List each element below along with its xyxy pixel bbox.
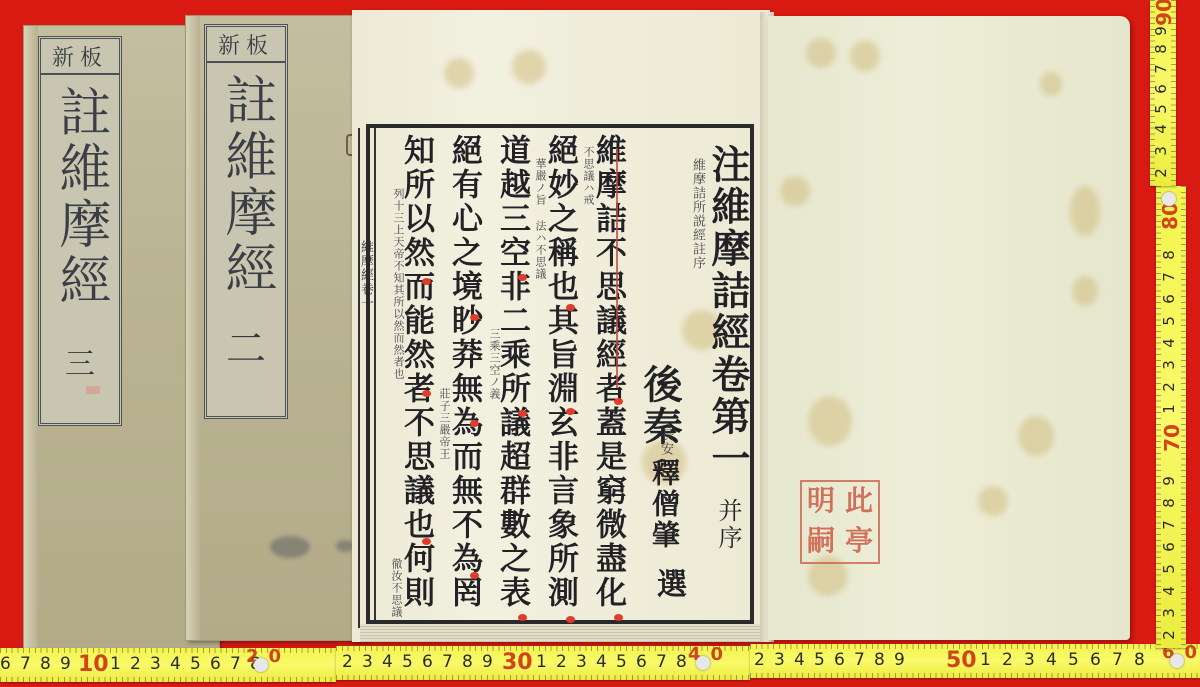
title-suffix: 并序 [714, 498, 742, 552]
open-book-left-page: 維摩經卷一 注維摩詰經卷第一 并序 維摩詰所説經註序 後秦 長安 釋僧肇 選 維… [352, 10, 770, 642]
page-edges [360, 624, 770, 642]
foxing-stain [512, 50, 546, 84]
ruler-number-major: 90 [1152, 0, 1176, 26]
foxing-stain [1040, 72, 1062, 96]
foxing-stain [806, 38, 836, 68]
ruler-number: 7 [1160, 272, 1178, 282]
folding-ruler-bottom-segment-1: 6 7 8 9 10 1 2 3 4 5 6 7 8 20 [0, 648, 336, 682]
ruler-number: 7 [230, 654, 241, 674]
gloss: 列十三上天帝不知其所以然而然者也 [390, 188, 406, 380]
ruler-number: 4 [1160, 586, 1178, 596]
gloss: 徹汝不思議 [388, 558, 404, 618]
volume-number: 二 [207, 317, 285, 374]
ruler-number: 6 [1160, 294, 1178, 304]
ruler-hinge [254, 658, 268, 672]
ruler-number: 1 [1160, 404, 1178, 414]
ruler-number: 2 [1002, 650, 1013, 670]
ruler-number: 6 [1160, 542, 1178, 552]
ruler-number: 2 [1152, 168, 1170, 178]
ruler-number: 8 [874, 650, 885, 670]
ruler-ticks [0, 677, 336, 682]
book-cover-volume-2: 新板 註維摩經 二 [186, 16, 368, 640]
red-punctuation-mark [422, 538, 431, 545]
ruler-number: 6 [210, 654, 221, 674]
label-header: 新板 [207, 27, 285, 63]
ruler-number: 8 [1134, 650, 1145, 670]
label-header: 新板 [41, 39, 119, 75]
open-book-right-page: 明 此 嗣 亭 [768, 16, 1130, 640]
folding-ruler-right-lower: 2 3 4 5 6 7 8 9 70 1 2 3 4 5 6 7 8 80 [1156, 186, 1186, 648]
ruler-number: 2 [1160, 382, 1178, 392]
author-name: 釋僧肇 [646, 458, 682, 551]
ruler-number: 3 [362, 652, 373, 672]
ruler-number: 6 [1090, 650, 1101, 670]
red-punctuation-mark [566, 616, 575, 623]
folding-ruler-right-upper: 2 3 4 5 6 7 8 9 90 [1150, 0, 1176, 186]
folding-ruler-bottom-segment-2: 2 3 4 5 6 7 8 9 30 1 2 3 4 5 6 7 8 40 [336, 646, 750, 680]
ruler-number: 2 [130, 654, 141, 674]
ruler-number: 6 [834, 650, 845, 670]
ruler-number: 7 [1160, 520, 1178, 530]
ruler-number: 2 [342, 652, 353, 672]
ruler-number: 1 [110, 654, 121, 674]
ruler-number: 8 [1152, 44, 1170, 54]
ruler-number: 7 [656, 652, 667, 672]
ruler-number: 8 [1160, 498, 1178, 508]
red-seal-stamp: 明 此 嗣 亭 [800, 480, 880, 564]
ruler-number: 3 [1152, 146, 1170, 156]
book-spine [186, 16, 200, 640]
red-punctuation-mark [518, 410, 527, 417]
ruler-number: 4 [1152, 124, 1170, 134]
ruler-number: 7 [442, 652, 453, 672]
red-punctuation-mark [518, 614, 527, 621]
ruler-number: 6 [0, 654, 11, 674]
foxing-stain [850, 40, 880, 72]
main-column-1: 維摩詰不思議經者蓋是窮微盡化 [592, 134, 624, 610]
ruler-number: 4 [170, 654, 181, 674]
gloss: 華嚴ノ旨 法ハ不思議 [532, 158, 548, 280]
ruler-number: 5 [1068, 650, 1079, 670]
red-punctuation-mark [614, 398, 623, 405]
ruler-hinge [1170, 654, 1184, 668]
title-label: 新板 註維摩經 二 [204, 24, 288, 419]
label-title: 註維摩經 [41, 85, 119, 309]
red-punctuation-mark [470, 420, 479, 427]
ruler-ticks [1171, 0, 1176, 186]
ruler-number: 3 [1024, 650, 1035, 670]
red-punctuation-mark [422, 278, 431, 285]
book-spine [24, 26, 38, 654]
red-punctuation-mark [470, 572, 479, 579]
ruler-number: 1 [980, 650, 991, 670]
foxing-stain [1072, 276, 1098, 306]
ruler-number: 5 [1160, 564, 1178, 574]
main-column-2: 絕妙之稱也其旨淵玄非言象所測 [544, 134, 576, 610]
ruler-number: 5 [1152, 104, 1170, 114]
author-gloss: 長安 [656, 428, 675, 456]
red-punctuation-mark [518, 274, 527, 281]
ruler-number: 4 [1046, 650, 1057, 670]
ruler-number: 7 [1152, 64, 1170, 74]
ruler-ticks [336, 675, 750, 680]
red-annotation-line [616, 148, 618, 388]
red-punctuation-mark [422, 390, 431, 397]
ruler-ticks [1181, 186, 1186, 648]
ink-stain [270, 536, 310, 558]
seal-char: 亭 [840, 522, 878, 562]
author-role: 選 [646, 568, 690, 601]
volume-number: 三 [41, 339, 119, 383]
seal-char: 明 [802, 482, 840, 522]
seal-char: 此 [840, 482, 878, 522]
ruler-number: 5 [616, 652, 627, 672]
ruler-number: 6 [1152, 84, 1170, 94]
title-column: 注維摩詰經卷第一 [706, 144, 750, 480]
ruler-number: 9 [482, 652, 493, 672]
ruler-number: 6 [636, 652, 647, 672]
ruler-number: 7 [1112, 650, 1123, 670]
ruler-number: 6 [422, 652, 433, 672]
red-mark [86, 386, 100, 394]
subtitle-gloss: 維摩詰所説經註序 [688, 158, 707, 270]
foxing-stain [1018, 416, 1054, 456]
ruler-number: 5 [814, 650, 825, 670]
label-title: 註維摩經 [207, 73, 285, 297]
ruler-number-major: 80 [1158, 202, 1182, 230]
ruler-number: 5 [402, 652, 413, 672]
foxing-stain [444, 58, 474, 88]
ruler-number: 9 [1152, 26, 1170, 36]
ruler-hinge [1162, 192, 1176, 206]
gloss: 三乘三空ノ義 [486, 328, 502, 400]
ruler-number: 8 [462, 652, 473, 672]
ruler-hinge [696, 656, 710, 670]
ruler-number-major: 50 [946, 648, 977, 673]
ruler-number: 2 [1160, 630, 1178, 640]
ruler-number: 8 [676, 652, 687, 672]
ruler-number-major: 20 [246, 648, 291, 667]
ruler-number: 8 [40, 654, 51, 674]
ruler-number: 2 [754, 650, 765, 670]
ruler-number: 7 [20, 654, 31, 674]
ruler-number: 5 [1160, 316, 1178, 326]
ruler-number: 4 [794, 650, 805, 670]
foxing-stain [1070, 186, 1100, 236]
ruler-number: 3 [576, 652, 587, 672]
folding-ruler-bottom-segment-3: 2 3 4 5 6 7 8 9 50 1 2 3 4 5 6 7 8 60 [750, 644, 1200, 678]
ruler-number: 9 [1160, 476, 1178, 486]
ruler-number: 3 [774, 650, 785, 670]
ruler-number: 4 [1160, 338, 1178, 348]
ruler-number-major: 10 [78, 652, 109, 677]
ruler-number: 5 [190, 654, 201, 674]
ruler-number: 3 [1160, 608, 1178, 618]
foxing-stain [978, 486, 1008, 516]
red-punctuation-mark [470, 314, 479, 321]
ruler-number: 4 [596, 652, 607, 672]
ruler-number: 8 [1160, 250, 1178, 260]
ruler-number-major: 30 [502, 650, 533, 675]
ruler-number: 4 [382, 652, 393, 672]
ruler-ticks [750, 673, 1200, 678]
main-column-4: 絕有心之境眇莽無為而無不為罔 [448, 134, 480, 610]
ruler-number: 9 [894, 650, 905, 670]
gloss: 不思議ハ戒 [580, 146, 596, 206]
ruler-number-major: 70 [1160, 424, 1184, 452]
ruler-number: 2 [556, 652, 567, 672]
title-label: 新板 註維摩經 三 [38, 36, 122, 426]
foxing-stain [780, 176, 810, 206]
red-punctuation-mark [614, 614, 623, 621]
red-punctuation-mark [566, 408, 575, 415]
foxing-stain [808, 396, 852, 446]
text-frame: 注維摩詰經卷第一 并序 維摩詰所説經註序 後秦 長安 釋僧肇 選 維摩詰不思議經… [366, 124, 754, 624]
gloss: 莊子三嚴帝王 [436, 388, 452, 460]
ruler-number: 3 [1160, 360, 1178, 370]
ruler-number: 9 [60, 654, 71, 674]
ruler-number: 3 [150, 654, 161, 674]
seal-char: 嗣 [802, 522, 840, 562]
ruler-number: 7 [854, 650, 865, 670]
red-punctuation-mark [566, 304, 575, 311]
ruler-number: 1 [536, 652, 547, 672]
ruler-number-major: 40 [688, 646, 733, 665]
